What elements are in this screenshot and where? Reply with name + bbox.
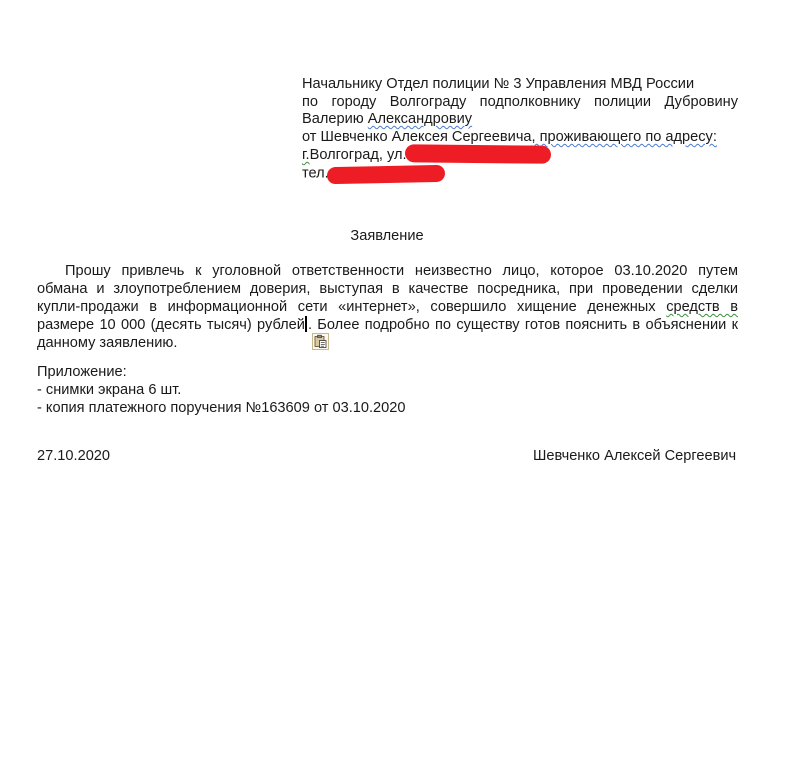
spellcheck-flag[interactable]: средств в <box>666 299 738 315</box>
phone-line: тел. <box>302 165 738 183</box>
address-line: г.Волгоград, ул. <box>302 146 738 164</box>
body-row-1-text: Прошу привлечь к уголовной ответственнос… <box>65 263 738 279</box>
statement-body: Прошу привлечь к уголовной ответственнос… <box>37 262 738 352</box>
body-row-4-text-b: . Более подробно по существу готов поясн… <box>308 317 738 333</box>
text-cursor <box>305 316 307 332</box>
body-row-2: обмана и злоупотреблением доверия, высту… <box>37 280 738 298</box>
sender-line: от Шевченко Алексея Сергеевича, проживаю… <box>302 129 738 147</box>
addressee-line-2: по городу Волгограду подполковнику полиц… <box>302 94 738 112</box>
attachment-item: - снимки экрана 6 шт. <box>37 381 406 399</box>
address-redaction <box>404 145 550 165</box>
document-title: Заявление <box>0 228 774 244</box>
phone-redaction <box>327 165 445 184</box>
city-name: Волгоград <box>310 147 379 163</box>
document-date: 27.10.2020 <box>37 448 110 464</box>
street-label: , ул. <box>379 147 407 163</box>
body-row-1: Прошу привлечь к уголовной ответственнос… <box>37 262 738 280</box>
body-row-3: купли-продажи в информационной сети «инт… <box>37 298 738 316</box>
attachment-item: - копия платежного поручения №163609 от … <box>37 399 406 417</box>
attachments-block: Приложение: - снимки экрана 6 шт. - копи… <box>37 363 406 417</box>
clipboard-paste-icon[interactable] <box>312 333 329 350</box>
addressee-name-first: Валерию <box>302 111 368 127</box>
addressee-line-1: Начальнику Отдел полиции № 3 Управления … <box>302 76 738 94</box>
body-row-4: размере 10 000 (десять тысяч) рублей. Бо… <box>37 316 738 334</box>
addressee-name-patronymic[interactable]: Александровиу <box>368 111 472 127</box>
attachments-heading: Приложение: <box>37 363 406 381</box>
signature-name: Шевченко Алексей Сергеевич <box>533 448 736 464</box>
city-prefix[interactable]: г. <box>302 147 310 163</box>
sender-address-label: , проживающего по адресу: <box>532 129 717 145</box>
sender-name: от Шевченко Алексея Сергеевича <box>302 129 532 145</box>
document-page: Начальнику Отдел полиции № 3 Управления … <box>0 0 794 777</box>
body-row-4-text-a: размере 10 000 (десять тысяч) рублей <box>37 317 305 333</box>
body-row-5: данному заявлению. <box>37 334 738 352</box>
phone-label: тел. <box>302 165 329 181</box>
addressee-line-3: Валерию Александровиу <box>302 111 738 129</box>
addressee-block: Начальнику Отдел полиции № 3 Управления … <box>302 76 738 183</box>
body-row-3-text: купли-продажи в информационной сети «инт… <box>37 299 666 315</box>
